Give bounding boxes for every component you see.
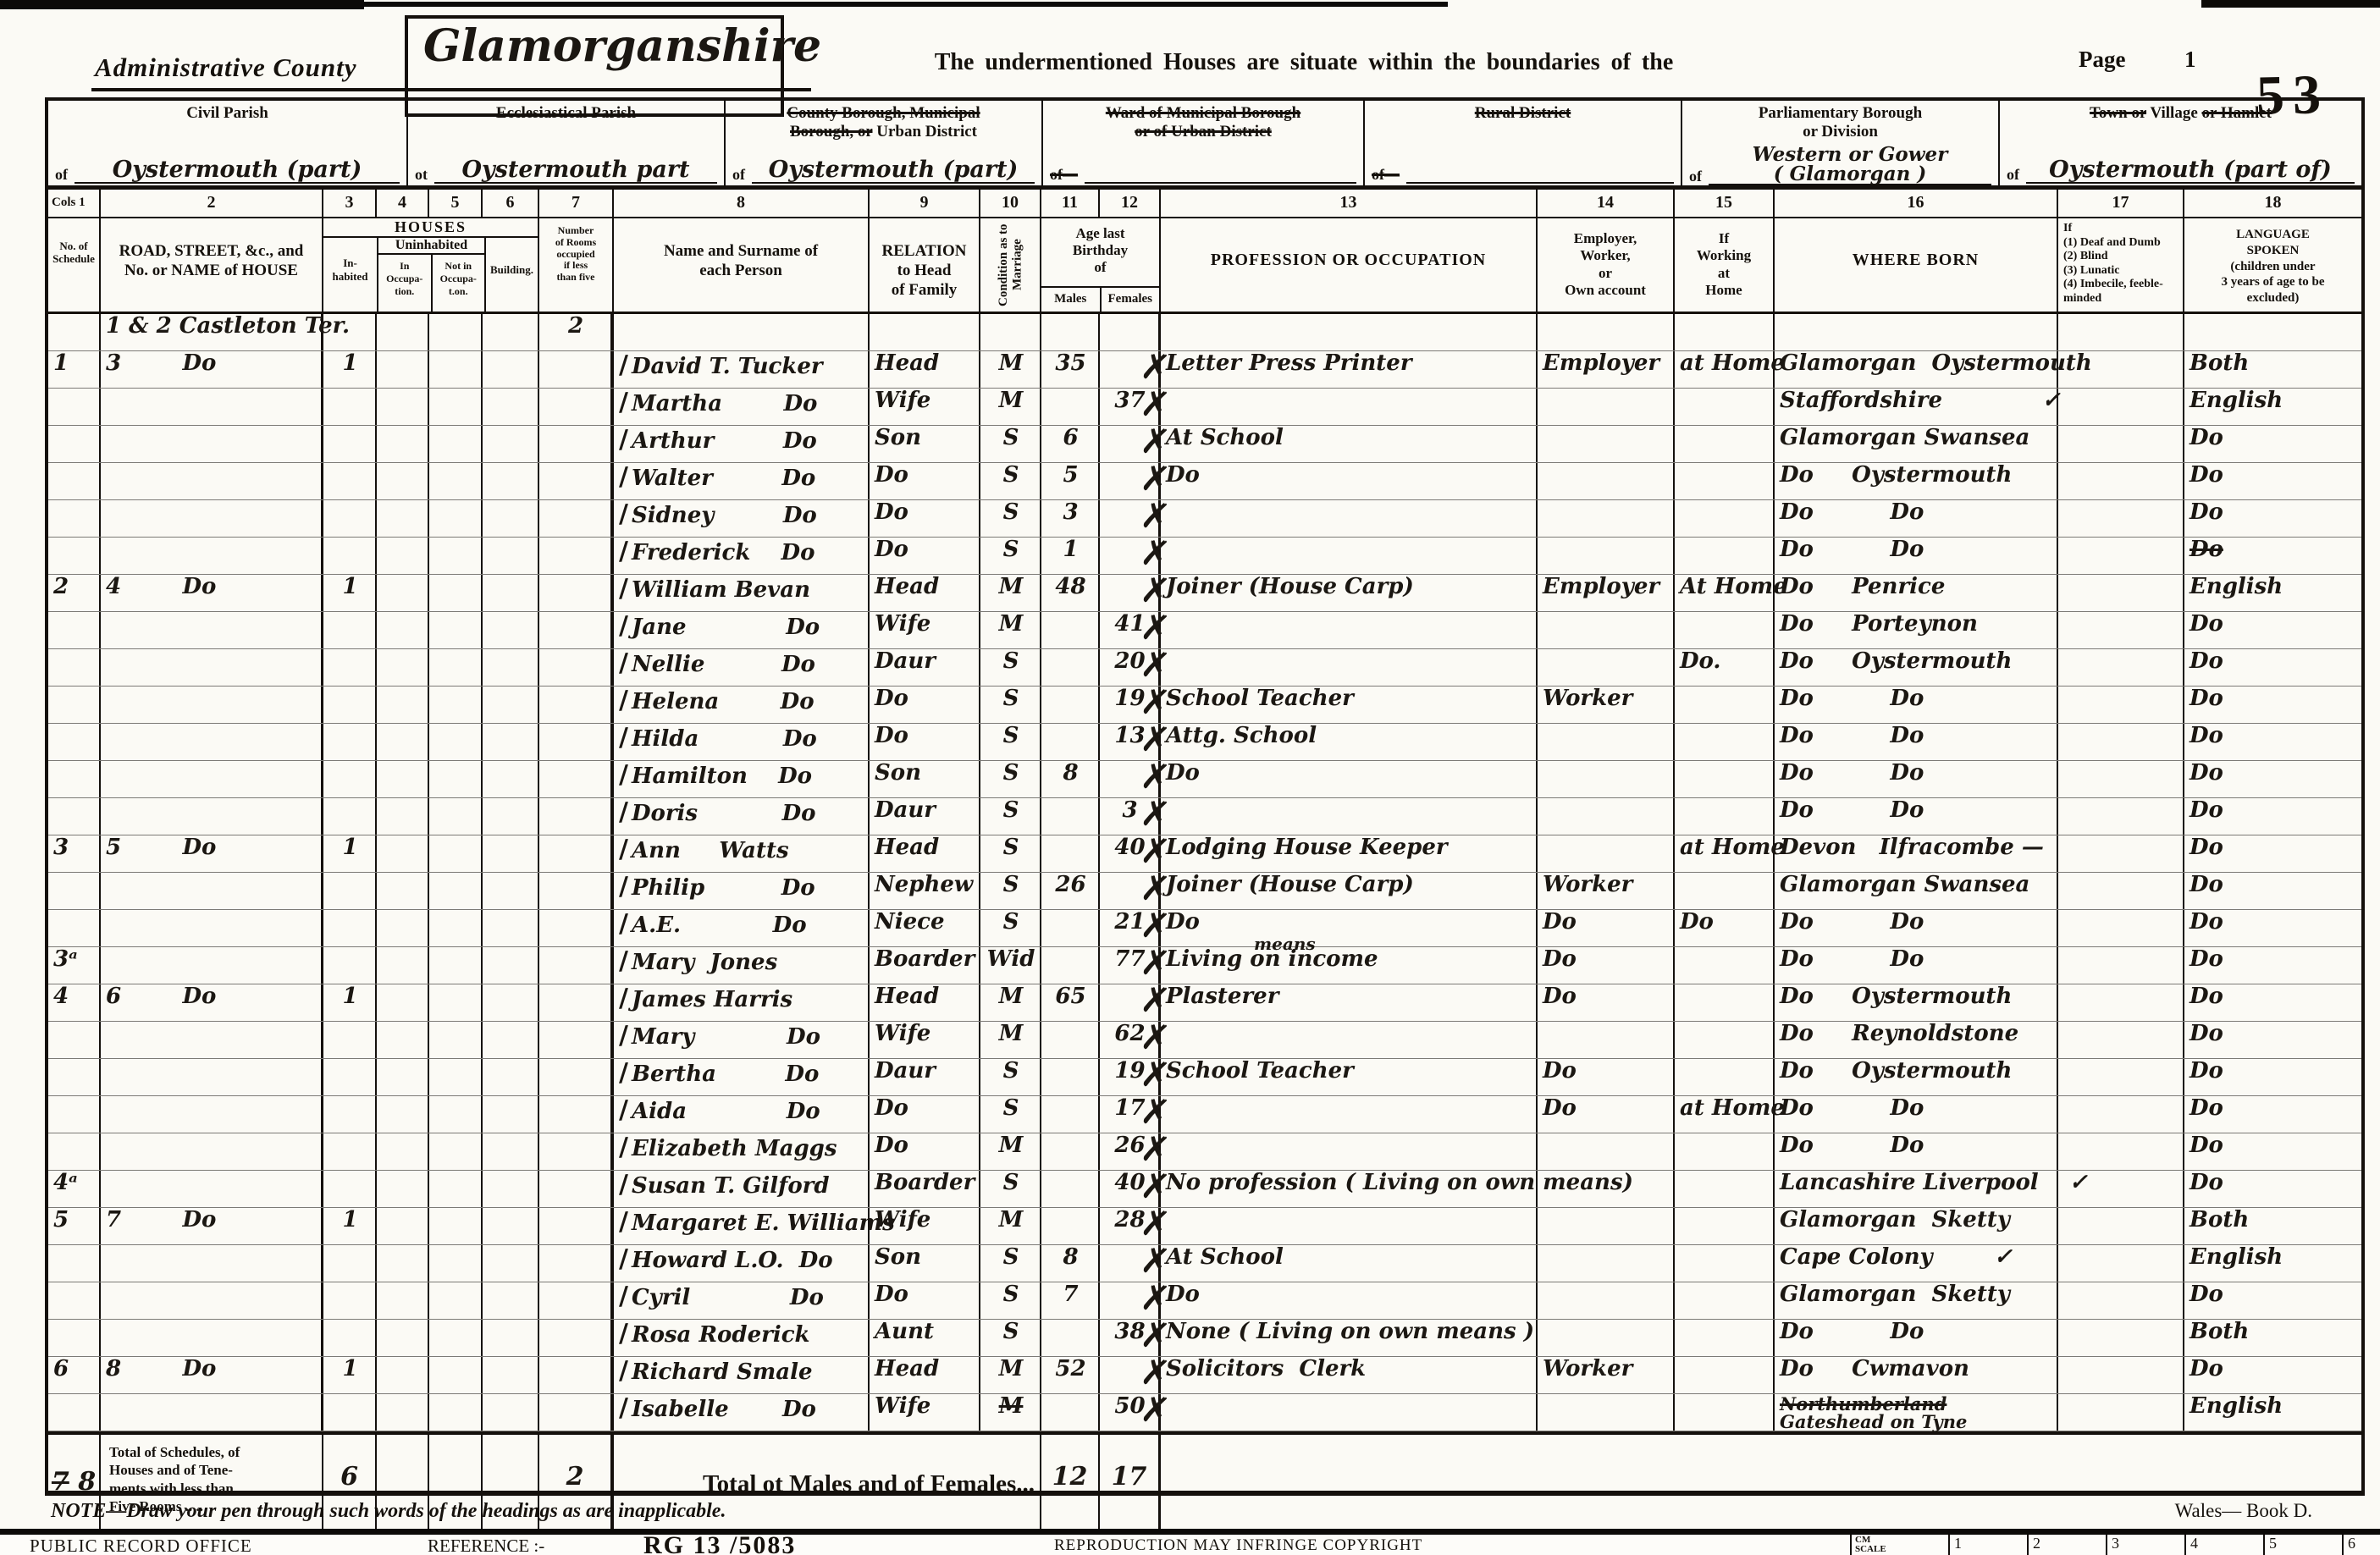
cell-age-male: [1041, 1320, 1100, 1356]
cell-name: ∕Mary Jones: [614, 947, 870, 984]
table-row: ∕Frederick DoDoS1✗Do DoDo: [48, 538, 2361, 575]
cell-language: Do: [2184, 426, 2361, 462]
cell-road: [101, 873, 323, 909]
cell-infirmity: [2058, 1394, 2184, 1431]
cell-relation: Head: [870, 835, 980, 872]
cell-relation: Wife: [870, 1022, 980, 1058]
cell-working-at-home: [1675, 984, 1775, 1021]
cell-road: 6 Do: [101, 984, 323, 1021]
cell-uninhabited-occ: [377, 1171, 429, 1207]
cell-relation: Son: [870, 426, 980, 462]
cell-language: Do: [2184, 538, 2361, 574]
cell-building: [483, 761, 539, 797]
cell-language: Do: [2184, 947, 2361, 984]
cell-profession: ✗Joiner (House Carp): [1161, 575, 1538, 611]
cell-building: [483, 798, 539, 835]
cell-employer: Do: [1538, 1096, 1675, 1133]
cell-name: ∕Hilda Do: [614, 724, 870, 760]
cell-language: English: [2184, 1394, 2361, 1431]
cell-building: [483, 1320, 539, 1356]
enumerator-tick: ∕: [619, 946, 628, 976]
cell-condition: M: [980, 1208, 1041, 1244]
cell-rooms: [539, 1133, 614, 1170]
cell-name: ∕Rosa Roderick: [614, 1320, 870, 1356]
header-uninhabited-group: Uninhabited In Occupa- tion. Not in Occu…: [378, 238, 486, 312]
cell-where-born: Do Do: [1775, 500, 2058, 537]
cell-employer: Worker: [1538, 687, 1675, 723]
admin-county-value: Glamorganshire: [423, 24, 821, 70]
col-num: 7: [539, 190, 614, 217]
cell-infirmity: [2058, 1208, 2184, 1244]
header-inhabited: In- habited: [323, 238, 378, 312]
cm-ruler-cell: 1: [1948, 1535, 2027, 1555]
cell-inhabited: [323, 687, 377, 723]
cell-road: [101, 910, 323, 946]
cell-inhabited: [323, 1245, 377, 1282]
cell-age-male: [1041, 835, 1100, 872]
cell-road: [101, 687, 323, 723]
cell-infirmity: [2058, 351, 2184, 388]
cell-age-male: [1041, 1059, 1100, 1095]
cell-relation: Do: [870, 724, 980, 760]
cell-name: ∕Philip Do: [614, 873, 870, 909]
cell-age-male: 8: [1041, 1245, 1100, 1282]
cell-condition: M: [980, 1357, 1041, 1393]
cell-rooms: [539, 649, 614, 686]
cell-infirmity: [2058, 1245, 2184, 1282]
cell-uninhabited-not: [429, 873, 483, 909]
cell-language: Do: [2184, 1096, 2361, 1133]
cell-uninhabited-occ: [377, 538, 429, 574]
enumerator-tick: ∕: [619, 909, 628, 939]
cell-infirmity: [2058, 1133, 2184, 1170]
enumerator-tick: ∕: [619, 574, 628, 604]
table-row: 68 Do1∕Richard SmaleHeadM52✗Solicitors C…: [48, 1357, 2361, 1394]
cell-profession: ✗: [1161, 1096, 1538, 1133]
table-row: ∕A.E. DoNieceS21✗DoDoDoDo DoDo: [48, 910, 2361, 947]
cell-uninhabited-occ: [377, 463, 429, 499]
cell-uninhabited-occ: [377, 389, 429, 425]
cell-where-born: Do Oystermouth: [1775, 1059, 2058, 1095]
cell-road: [101, 1022, 323, 1058]
cell-uninhabited-not: [429, 1133, 483, 1170]
cell-employer: [1538, 500, 1675, 537]
cell-inhabited: [323, 873, 377, 909]
cell-profession: ✗At School: [1161, 426, 1538, 462]
cell-infirmity: [2058, 649, 2184, 686]
cell-schedule: 1: [48, 351, 101, 388]
cell-road: [101, 1245, 323, 1282]
cell-inhabited: [323, 463, 377, 499]
cell-employer: Do: [1538, 984, 1675, 1021]
cell-schedule: [48, 612, 101, 648]
header-age-group: Age last Birthday of Males Females: [1041, 218, 1161, 312]
cell-uninhabited-not: [429, 1171, 483, 1207]
cell-infirmity: [2058, 1022, 2184, 1058]
cell-language: Both: [2184, 1208, 2361, 1244]
cell-condition: M: [980, 1022, 1041, 1058]
parliamentary-value: Western or Gower( Glamorgan ): [1709, 145, 1991, 185]
col-num: 10: [980, 190, 1041, 217]
ecclesiastical-parish-cell: Ecclesiastical Parish otOystermouth part: [408, 101, 726, 185]
cell-uninhabited-occ: [377, 1059, 429, 1095]
cell-language: English: [2184, 575, 2361, 611]
cell-inhabited: 1: [323, 351, 377, 388]
cell-schedule: [48, 1133, 101, 1170]
cell-building: [483, 1394, 539, 1431]
cell-building: [483, 1357, 539, 1393]
inserted-word: means: [1254, 935, 1316, 953]
cell-building: [483, 1171, 539, 1207]
cell-road: [101, 389, 323, 425]
cell-inhabited: [323, 538, 377, 574]
cell-relation: Niece: [870, 910, 980, 946]
table-row: ∕Rosa RoderickAuntS38✗None ( Living on o…: [48, 1320, 2361, 1357]
cell-relation: Boarder: [870, 1171, 980, 1207]
table-row: ∕Helena DoDoS19✗School TeacherWorkerDo D…: [48, 687, 2361, 724]
table-row: ∕Hamilton DoSonS8✗DoDo DoDo: [48, 761, 2361, 798]
cell-building: [483, 649, 539, 686]
cell-name: ∕Aida Do: [614, 1096, 870, 1133]
cell-relation: Do: [870, 1133, 980, 1170]
cell-relation: Boarder: [870, 947, 980, 984]
cell-uninhabited-occ: [377, 1282, 429, 1319]
cell-inhabited: [323, 761, 377, 797]
enumerator-tick: ∕: [619, 1021, 628, 1050]
cell-building: [483, 1208, 539, 1244]
cell-age-male: 1: [1041, 538, 1100, 574]
cell-name: ∕Mary Do: [614, 1022, 870, 1058]
table-row: 3ᵃ∕Mary JonesBoarderWid77✗meansLiving on…: [48, 947, 2361, 984]
table-row: 24 Do1∕William BevanHeadM48✗Joiner (Hous…: [48, 575, 2361, 612]
cell-schedule: [48, 1282, 101, 1319]
cell-working-at-home: [1675, 687, 1775, 723]
cell-uninhabited-occ: [377, 649, 429, 686]
enumerator-tick: ∕: [619, 984, 628, 1013]
cell-language: Do: [2184, 1059, 2361, 1095]
town-struck-pre: Town or: [2090, 104, 2146, 122]
cell-working-at-home: [1675, 947, 1775, 984]
cm-ruler-cell: 5: [2263, 1535, 2342, 1555]
cell-schedule: 3ᵃ: [48, 947, 101, 984]
enumerator-tick: ∕: [619, 462, 628, 492]
cell-working-at-home: [1675, 798, 1775, 835]
column-header-row: No. of Schedule ROAD, STREET, &c., and N…: [48, 218, 2361, 314]
of-label-struck: of—: [1050, 166, 1078, 184]
enumerator-tick: ∕: [619, 537, 628, 566]
cell-profession: ✗Letter Press Printer: [1161, 351, 1538, 388]
cell-rooms: [539, 575, 614, 611]
col-num: 2: [101, 190, 323, 217]
cell-profession: ✗Joiner (House Carp): [1161, 873, 1538, 909]
cell-uninhabited-occ: [377, 612, 429, 648]
cell-uninhabited-not: [429, 649, 483, 686]
cell-infirmity: [2058, 1059, 2184, 1095]
cell-inhabited: [323, 910, 377, 946]
col-num: 14: [1538, 190, 1675, 217]
table-row: ∕Elizabeth MaggsDoM26✗Do DoDo: [48, 1133, 2361, 1171]
cell-employer: [1538, 1133, 1675, 1170]
cell-relation: Wife: [870, 389, 980, 425]
cell-employer: [1538, 314, 1675, 350]
col-num: 18: [2184, 190, 2361, 217]
table-row: ∕Jane DoWifeM41✗Do PorteynonDo: [48, 612, 2361, 649]
cell-language: [2184, 314, 2361, 350]
cell-rooms: [539, 1394, 614, 1431]
cell-where-born: Glamorgan Sketty: [1775, 1282, 2058, 1319]
cell-uninhabited-occ: [377, 351, 429, 388]
col-num: 5: [429, 190, 483, 217]
cell-uninhabited-not: [429, 575, 483, 611]
cell-age-male: 8: [1041, 761, 1100, 797]
cell-uninhabited-occ: [377, 1208, 429, 1244]
cell-where-born: Glamorgan Swansea: [1775, 426, 2058, 462]
cell-name: ∕Margaret E. Williams: [614, 1208, 870, 1244]
cell-road: 8 Do: [101, 1357, 323, 1393]
cell-building: [483, 1282, 539, 1319]
cell-building: [483, 835, 539, 872]
cell-relation: Head: [870, 984, 980, 1021]
situate-line: The undermentioned Houses are situate wi…: [838, 49, 1770, 76]
cell-building: [483, 687, 539, 723]
cell-where-born: Staffordshire ✓: [1775, 389, 2058, 425]
cell-rooms: [539, 910, 614, 946]
cell-language: Both: [2184, 351, 2361, 388]
cell-employer: [1538, 1245, 1675, 1282]
cell-name: ∕Jane Do: [614, 612, 870, 648]
header-name: Name and Surname of each Person: [614, 218, 870, 312]
district-header-band: Civil Parish ofOystermouth (part) Eccles…: [48, 101, 2361, 190]
enumerator-tick: ∕: [619, 872, 628, 902]
cell-rooms: [539, 947, 614, 984]
cell-employer: [1538, 1022, 1675, 1058]
enumerator-tick: ∕: [619, 1058, 628, 1088]
cell-rooms: [539, 1245, 614, 1282]
cell-rooms: [539, 1059, 614, 1095]
cell-building: [483, 538, 539, 574]
cell-relation: Do: [870, 463, 980, 499]
cell-where-born: NorthumberlandGateshead on Tyne: [1775, 1394, 2058, 1431]
cell-employer: [1538, 761, 1675, 797]
col-num: 16: [1775, 190, 2058, 217]
cell-profession: ✗meansLiving on income: [1161, 947, 1538, 984]
cell-age-male: [1041, 687, 1100, 723]
cell-employer: [1538, 538, 1675, 574]
cell-schedule: [48, 649, 101, 686]
cell-age-male: [1041, 1096, 1100, 1133]
cell-road: [101, 649, 323, 686]
cell-profession: ✗None ( Living on own means ): [1161, 1320, 1538, 1356]
cell-schedule: 3: [48, 835, 101, 872]
cell-road: [101, 1320, 323, 1356]
cell-inhabited: [323, 724, 377, 760]
enumerator-tick: ∕: [619, 723, 628, 753]
header-relation: RELATION to Head of Family: [870, 218, 980, 312]
cell-inhabited: [323, 1320, 377, 1356]
table-row: ∕Walter DoDoS5✗DoDo OystermouthDo: [48, 463, 2361, 500]
cell-rooms: [539, 724, 614, 760]
cell-name: ∕Howard L.O. Do: [614, 1245, 870, 1282]
page-label: Page: [2079, 47, 2125, 73]
cell-where-born: Do Do: [1775, 687, 2058, 723]
cell-road: [101, 947, 323, 984]
cell-relation: Head: [870, 351, 980, 388]
header-age: Age last Birthday of: [1041, 218, 1159, 286]
enumerator-tick: ∕: [619, 1133, 628, 1162]
of-label: of: [2007, 166, 2019, 184]
cell-uninhabited-occ: [377, 500, 429, 537]
cell-rooms: [539, 1357, 614, 1393]
cell-age-male: 48: [1041, 575, 1100, 611]
enumerator-tick: ∕: [619, 686, 628, 715]
cell-language: Do: [2184, 910, 2361, 946]
cell-condition: S: [980, 1096, 1041, 1133]
cell-profession: ✗: [1161, 1394, 1538, 1431]
cell-rooms: [539, 463, 614, 499]
cell-schedule: [48, 910, 101, 946]
cell-age-male: 3: [1041, 500, 1100, 537]
cell-uninhabited-occ: [377, 724, 429, 760]
cell-uninhabited-not: [429, 947, 483, 984]
cell-road: 5 Do: [101, 835, 323, 872]
civil-parish-cell: Civil Parish ofOystermouth (part): [48, 101, 408, 185]
enumerator-tick: ∕: [619, 835, 628, 864]
cell-building: [483, 873, 539, 909]
cell-schedule: [48, 687, 101, 723]
cell-road: [101, 1133, 323, 1170]
cell-where-born: Glamorgan Swansea: [1775, 873, 2058, 909]
cell-age-male: [1041, 649, 1100, 686]
cell-rooms: [539, 1282, 614, 1319]
enumerator-tick: ∕: [619, 1393, 628, 1423]
cell-employer: Do: [1538, 947, 1675, 984]
copyright-notice: REPRODUCTION MAY INFRINGE COPYRIGHT: [1054, 1536, 1422, 1555]
cell-condition: M: [980, 612, 1041, 648]
cell-language: Do: [2184, 1282, 2361, 1319]
cell-road: [101, 463, 323, 499]
cell-uninhabited-not: [429, 426, 483, 462]
cell-inhabited: 1: [323, 984, 377, 1021]
cell-rooms: [539, 1320, 614, 1356]
cell-condition: S: [980, 910, 1041, 946]
cell-condition: M: [980, 389, 1041, 425]
cell-profession: ✗: [1161, 389, 1538, 425]
cell-language: Do: [2184, 1022, 2361, 1058]
cell-relation: Wife: [870, 1208, 980, 1244]
cell-infirmity: [2058, 426, 2184, 462]
cell-condition: M: [980, 984, 1041, 1021]
cell-rooms: [539, 798, 614, 835]
cell-profession: ✗Do: [1161, 1282, 1538, 1319]
cell-inhabited: [323, 649, 377, 686]
census-scan-page: Administrative County Glamorganshire The…: [0, 0, 2380, 1555]
cell-infirmity: [2058, 612, 2184, 648]
cell-infirmity: [2058, 1171, 2184, 1207]
cm-ruler-cell: 4: [2184, 1535, 2263, 1555]
cell-age-male: 52: [1041, 1357, 1100, 1393]
enumerator-tick: ∕: [619, 1095, 628, 1125]
table-row: ∕Howard L.O. DoSonS8✗At SchoolCape Colon…: [48, 1245, 2361, 1282]
cell-relation: Wife: [870, 1394, 980, 1431]
cell-uninhabited-occ: [377, 947, 429, 984]
cell-condition: S: [980, 873, 1041, 909]
cell-where-born: Glamorgan Oystermouth: [1775, 351, 2058, 388]
cell-infirmity: [2058, 1096, 2184, 1133]
enumerator-tick: ∕: [619, 760, 628, 790]
cell-schedule: [48, 314, 101, 350]
cell-name: ∕Susan T. Gilford: [614, 1171, 870, 1207]
cell-inhabited: [323, 314, 377, 350]
cell-age-male: [1041, 1208, 1100, 1244]
cell-rooms: [539, 500, 614, 537]
cell-inhabited: [323, 426, 377, 462]
cell-uninhabited-not: [429, 1245, 483, 1282]
cell-rooms: 2: [539, 314, 614, 350]
cm-scale-label: CM SCALE: [1850, 1535, 1948, 1555]
cell-where-born: Do Do: [1775, 761, 2058, 797]
cell-employer: [1538, 1282, 1675, 1319]
cell-building: [483, 612, 539, 648]
enumerator-tick: ∕: [619, 1170, 628, 1199]
cell-name: ∕David T. Tucker: [614, 351, 870, 388]
cell-relation: Daur: [870, 1059, 980, 1095]
civil-parish-value: Oystermouth (part): [75, 158, 400, 184]
cell-rooms: [539, 1096, 614, 1133]
cell-profession: ✗: [1161, 612, 1538, 648]
col-num: 9: [870, 190, 980, 217]
col-num: 15: [1675, 190, 1775, 217]
cm-ruler-cell: 3: [2106, 1535, 2184, 1555]
enumerator-tick: ∕: [619, 499, 628, 529]
cell-condition: S: [980, 649, 1041, 686]
cell-age-male: [1041, 612, 1100, 648]
cell-where-born: Do Oystermouth: [1775, 984, 2058, 1021]
census-form-sheet: Civil Parish ofOystermouth (part) Eccles…: [45, 97, 2365, 1496]
cell-name: ∕Cyril Do: [614, 1282, 870, 1319]
col-num: 6: [483, 190, 539, 217]
cell-profession: ✗No profession ( Living on own means): [1161, 1171, 1538, 1207]
cell-uninhabited-occ: [377, 314, 429, 350]
cell-working-at-home: [1675, 1282, 1775, 1319]
table-body: 1 & 2 Castleton Ter.213 Do1∕David T. Tuc…: [48, 314, 2361, 1431]
cell-name: ∕Bertha Do: [614, 1059, 870, 1095]
cell-inhabited: [323, 1171, 377, 1207]
cell-building: [483, 1096, 539, 1133]
cell-profession: ✗: [1161, 1022, 1538, 1058]
cell-working-at-home: [1675, 1357, 1775, 1393]
cell-uninhabited-occ: [377, 984, 429, 1021]
cell-uninhabited-not: [429, 1282, 483, 1319]
cell-road: [101, 426, 323, 462]
cell-inhabited: 1: [323, 575, 377, 611]
cell-age-male: 7: [1041, 1282, 1100, 1319]
cell-road: [101, 1394, 323, 1431]
cell-condition: S: [980, 1282, 1041, 1319]
cell-employer: Worker: [1538, 1357, 1675, 1393]
cell-infirmity: [2058, 463, 2184, 499]
cell-infirmity: [2058, 1320, 2184, 1356]
cell-working-at-home: [1675, 1208, 1775, 1244]
cell-rooms: [539, 1171, 614, 1207]
cell-working-at-home: [1675, 538, 1775, 574]
col-num: 3: [323, 190, 377, 217]
cell-where-born: Do Do: [1775, 798, 2058, 835]
cell-schedule: [48, 761, 101, 797]
cell-uninhabited-occ: [377, 835, 429, 872]
cell-uninhabited-not: [429, 1320, 483, 1356]
cell-infirmity: [2058, 575, 2184, 611]
cell-working-at-home: [1675, 1171, 1775, 1207]
